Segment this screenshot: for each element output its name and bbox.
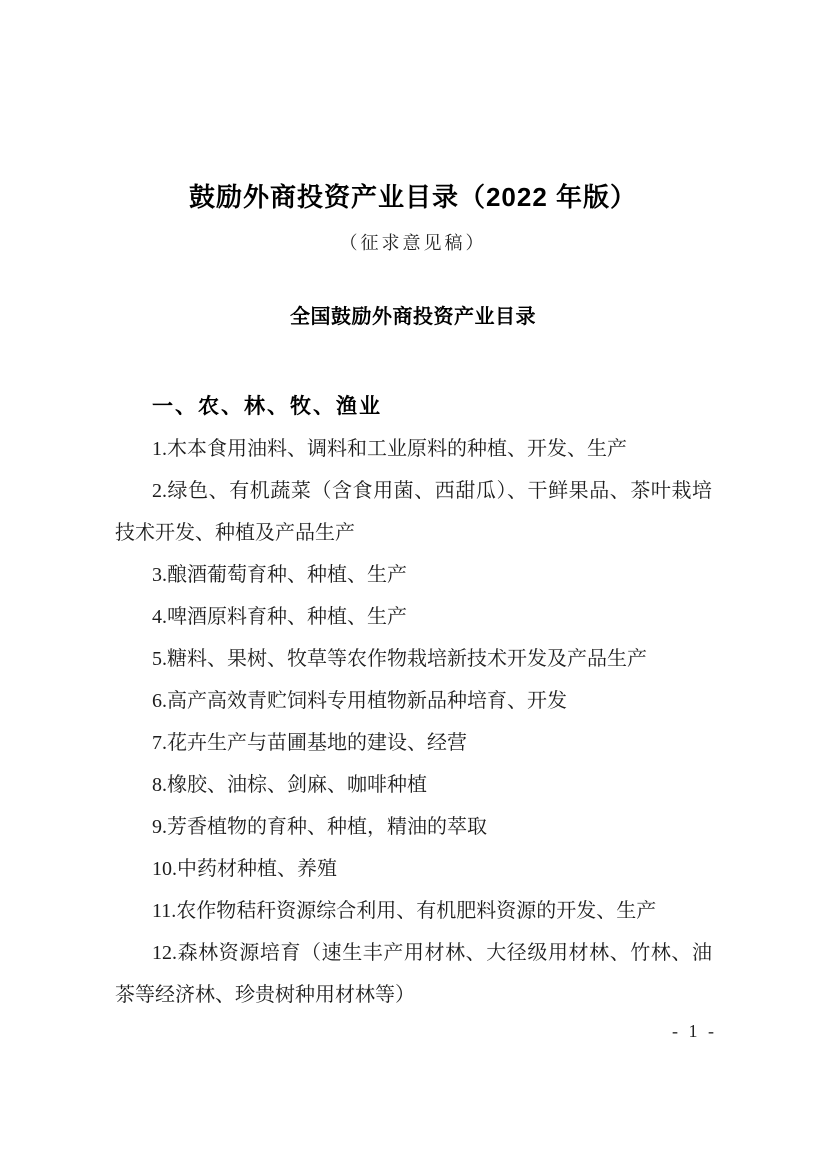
list-item: 1.木本食用油料、调料和工业原料的种植、开发、生产 <box>115 428 712 470</box>
document-title: 鼓励外商投资产业目录（2022 年版） <box>0 182 826 212</box>
list-item: 5.糖料、果树、牧草等农作物栽培新技术开发及产品生产 <box>115 638 712 680</box>
document-page: 鼓励外商投资产业目录（2022 年版） （征求意见稿） 全国鼓励外商投资产业目录… <box>0 0 826 1169</box>
list-item: 9.芳香植物的育种、种植，精油的萃取 <box>115 806 712 848</box>
list-item: 10.中药材种植、养殖 <box>115 848 712 890</box>
catalogue-title: 全国鼓励外商投资产业目录 <box>0 303 826 331</box>
list-item: 7.花卉生产与苗圃基地的建设、经营 <box>115 722 712 764</box>
list-item: 4.啤酒原料育种、种植、生产 <box>115 596 712 638</box>
section-heading-agriculture: 一、农、林、牧、渔业 <box>115 386 712 428</box>
document-subtitle: （征求意见稿） <box>0 230 826 256</box>
list-item: 8.橡胶、油棕、剑麻、咖啡种植 <box>115 764 712 806</box>
list-item: 2.绿色、有机蔬菜（含食用菌、西甜瓜）、干鲜果品、茶叶栽培技术开发、种植及产品生… <box>115 470 712 554</box>
list-item: 11.农作物秸秆资源综合利用、有机肥料资源的开发、生产 <box>115 890 712 932</box>
page-number: - 1 - <box>672 1020 717 1042</box>
list-item: 12.森林资源培育（速生丰产用材林、大径级用材林、竹林、油茶等经济林、珍贵树种用… <box>115 932 712 1016</box>
list-item: 3.酿酒葡萄育种、种植、生产 <box>115 554 712 596</box>
list-item: 6.高产高效青贮饲料专用植物新品种培育、开发 <box>115 680 712 722</box>
document-body: 一、农、林、牧、渔业 1.木本食用油料、调料和工业原料的种植、开发、生产 2.绿… <box>0 386 826 1016</box>
